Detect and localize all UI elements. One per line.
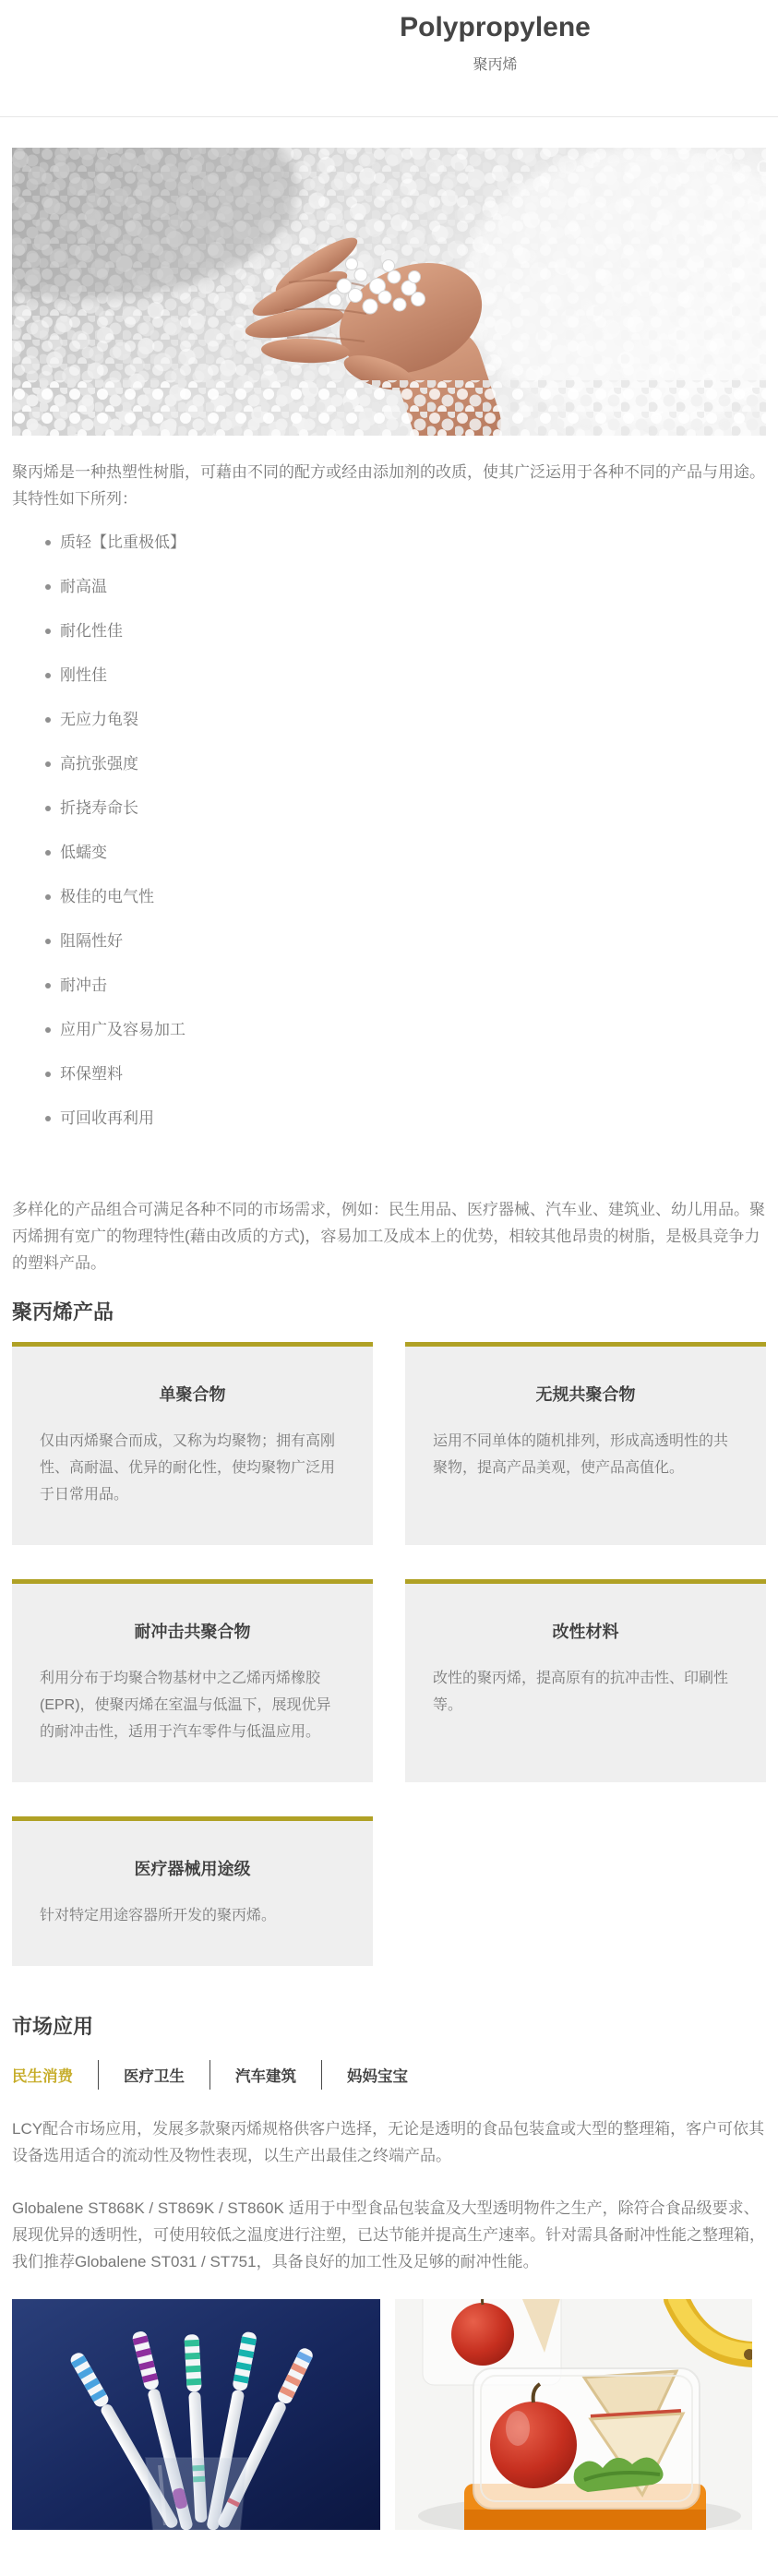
features-list: 质轻【比重极低】 耐高温 耐化性佳 刚性佳 无应力龟裂	[12, 533, 766, 1128]
product-card-title: 医疗器械用途级	[40, 1856, 345, 1880]
feature-label: 折挠寿命长	[60, 799, 138, 817]
market-paragraphs: LCY配合市场应用，发展多款聚丙烯规格供客户选择，无论是透明的食品包装盒或大型的…	[12, 2115, 766, 2275]
bullet-icon	[45, 1027, 51, 1033]
feature-item: 应用广及容易加工	[12, 1021, 766, 1039]
product-card-title: 单聚合物	[40, 1382, 345, 1406]
product-card: 单聚合物 仅由丙烯聚合而成，又称为均聚物；拥有高刚性、高耐温、优异的耐化性，使均…	[12, 1342, 373, 1545]
bullet-icon	[45, 673, 51, 678]
bullet-icon	[45, 584, 51, 590]
bullet-icon	[45, 1072, 51, 1077]
header-divider	[0, 116, 778, 117]
product-card-body: 利用分布于均聚合物基材中之乙烯丙烯橡胶(EPR)，使聚丙烯在室温与低温下，展现优…	[40, 1665, 345, 1745]
feature-label: 可回收再利用	[60, 1109, 154, 1127]
lunchbox-image	[395, 2299, 752, 2530]
bullet-icon	[45, 894, 51, 900]
product-card-title: 改性材料	[433, 1619, 738, 1643]
market-tab-label: 医疗卫生	[124, 2068, 185, 2085]
product-card-title: 无规共聚合物	[433, 1382, 738, 1406]
feature-label: 耐冲击	[60, 976, 107, 994]
hero-pellets-image	[12, 148, 766, 436]
feature-item: 质轻【比重极低】	[12, 533, 766, 552]
feature-item: 耐化性佳	[12, 622, 766, 641]
market-tab[interactable]: 医疗卫生	[98, 2060, 209, 2090]
product-card: 无规共聚合物 运用不同单体的随机排列，形成高透明性的共聚物，提高产品美观，使产品…	[405, 1342, 766, 1545]
market-paragraph: LCY配合市场应用，发展多款聚丙烯规格供客户选择，无论是透明的食品包装盒或大型的…	[12, 2115, 766, 2169]
products-heading: 聚丙烯产品	[12, 1300, 766, 1325]
product-cards: 单聚合物 仅由丙烯聚合而成，又称为均聚物；拥有高刚性、高耐温、优异的耐化性，使均…	[12, 1342, 766, 1966]
bullet-icon	[45, 939, 51, 944]
feature-item: 耐冲击	[12, 976, 766, 995]
product-card: 耐冲击共聚合物 利用分布于均聚合物基材中之乙烯丙烯橡胶(EPR)，使聚丙烯在室温…	[12, 1579, 373, 1782]
bullet-icon	[45, 629, 51, 634]
market-tab-label: 汽车建筑	[235, 2068, 296, 2085]
product-card-body: 改性的聚丙烯，提高原有的抗冲击性、印刷性等。	[433, 1665, 738, 1719]
market-tabs: 民生消费 医疗卫生 汽车建筑 妈妈宝宝	[12, 2060, 766, 2090]
market-tab[interactable]: 民生消费	[12, 2060, 98, 2090]
feature-item: 阻隔性好	[12, 932, 766, 951]
bullet-icon	[45, 540, 51, 545]
bullet-icon	[45, 806, 51, 811]
summary-paragraph: 多样化的产品组合可满足各种不同的市场需求，例如：民生用品、医疗器械、汽车业、建筑…	[12, 1196, 766, 1276]
bullet-icon	[45, 983, 51, 988]
page-title: Polypropylene	[212, 11, 778, 44]
page-subtitle: 聚丙烯	[212, 53, 778, 74]
feature-label: 高抗张强度	[60, 755, 138, 773]
feature-label: 耐高温	[60, 578, 107, 595]
product-card: 改性材料 改性的聚丙烯，提高原有的抗冲击性、印刷性等。	[405, 1579, 766, 1782]
feature-item: 极佳的电气性	[12, 888, 766, 906]
feature-label: 低蠕变	[60, 844, 107, 861]
feature-label: 质轻【比重极低】	[60, 533, 186, 551]
feature-item: 耐高温	[12, 578, 766, 596]
market-tab-label: 民生消费	[12, 2068, 73, 2085]
feature-label: 刚性佳	[60, 666, 107, 684]
product-card: 医疗器械用途级 针对特定用途容器所开发的聚丙烯。	[12, 1816, 373, 1966]
feature-item: 可回收再利用	[12, 1109, 766, 1128]
market-tab-label: 妈妈宝宝	[347, 2068, 408, 2085]
feature-label: 阻隔性好	[60, 932, 123, 950]
product-card-body: 仅由丙烯聚合而成，又称为均聚物；拥有高刚性、高耐温、优异的耐化性，使均聚物广泛用…	[40, 1428, 345, 1508]
bullet-icon	[45, 761, 51, 767]
feature-label: 耐化性佳	[60, 622, 123, 640]
feature-label: 应用广及容易加工	[60, 1021, 186, 1038]
market-tab[interactable]: 妈妈宝宝	[321, 2060, 433, 2090]
market-tab[interactable]: 汽车建筑	[209, 2060, 321, 2090]
feature-item: 环保塑料	[12, 1065, 766, 1084]
feature-label: 无应力龟裂	[60, 711, 138, 728]
feature-item: 折挠寿命长	[12, 799, 766, 818]
product-card-title: 耐冲击共聚合物	[40, 1619, 345, 1643]
feature-item: 无应力龟裂	[12, 711, 766, 729]
product-card-body: 运用不同单体的随机排列，形成高透明性的共聚物，提高产品美观，使产品高值化。	[433, 1428, 738, 1481]
feature-item: 刚性佳	[12, 666, 766, 685]
bullet-icon	[45, 717, 51, 723]
product-card-body: 针对特定用途容器所开发的聚丙烯。	[40, 1902, 345, 1929]
feature-item: 低蠕变	[12, 844, 766, 862]
bullet-icon	[45, 1116, 51, 1121]
page-header: Polypropylene 聚丙烯	[0, 0, 778, 74]
intro-paragraph: 聚丙烯是一种热塑性树脂，可藉由不同的配方或经由添加剂的改质，使其广泛运用于各种不…	[12, 459, 766, 512]
bullet-icon	[45, 850, 51, 856]
feature-item: 高抗张强度	[12, 755, 766, 773]
market-paragraph: Globalene ST868K / ST869K / ST860K 适用于中型…	[12, 2195, 766, 2275]
feature-label: 环保塑料	[60, 1065, 123, 1083]
feature-label: 极佳的电气性	[60, 888, 154, 905]
market-gallery	[12, 2299, 766, 2530]
toothbrushes-image	[12, 2299, 380, 2530]
market-heading: 市场应用	[12, 2014, 766, 2040]
